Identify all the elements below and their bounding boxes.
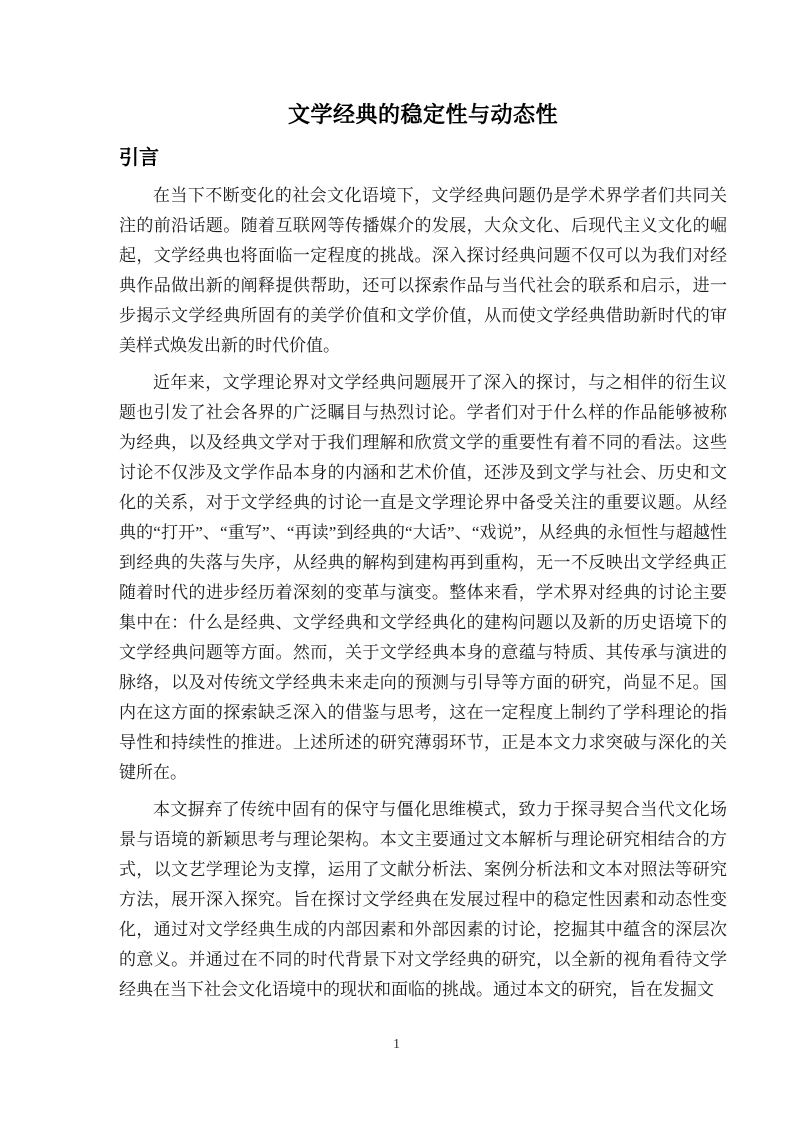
page-number: 1 [0, 1036, 793, 1054]
body-paragraph: 在当下不断变化的社会文化语境下，文学经典问题仍是学术界学者们共同关注的前沿话题。… [119, 181, 727, 361]
body-paragraph: 本文摒弃了传统中固有的保守与僵化思维模式，致力于探寻契合当代文化场景与语境的新颖… [119, 795, 727, 1005]
page-title: 文学经典的稳定性与动态性 [119, 100, 727, 130]
body-paragraph: 近年来，文学理论界对文学经典问题展开了深入的探讨，与之相伴的衍生议题也引发了社会… [119, 368, 727, 788]
document-content: 文学经典的稳定性与动态性 引言 在当下不断变化的社会文化语境下，文学经典问题仍是… [119, 0, 727, 1005]
section-heading-introduction: 引言 [119, 143, 727, 173]
document-page: 文学经典的稳定性与动态性 引言 在当下不断变化的社会文化语境下，文学经典问题仍是… [0, 0, 793, 1122]
